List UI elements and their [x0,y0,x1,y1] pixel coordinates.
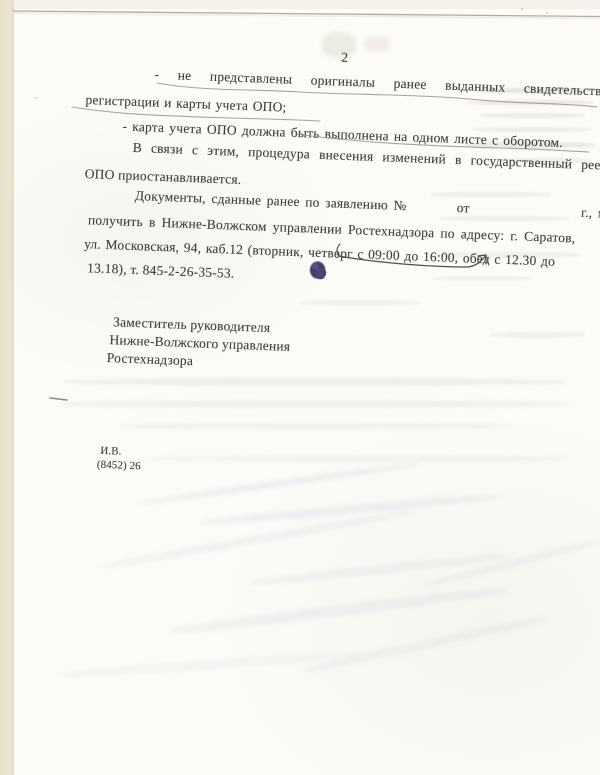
body-line: 13.18), т. 845-2-26-35-53. [87,260,235,282]
scanner-background [0,0,14,775]
body-line: регистрации и карты учета ОПО; [85,92,287,116]
page-number: 2 [341,50,349,66]
scanned-document-page: 2 - не представлены оригиналы ранее выда… [0,0,600,775]
executor-initials: И.В. [100,445,122,458]
document-content: 2 - не представлены оригиналы ранее выда… [59,60,600,775]
signature-title-line: Ростехнадзора [107,350,194,369]
executor-phone: (8452) 26 [97,459,141,473]
body-line: ОПО приостанавливается. [84,166,241,188]
